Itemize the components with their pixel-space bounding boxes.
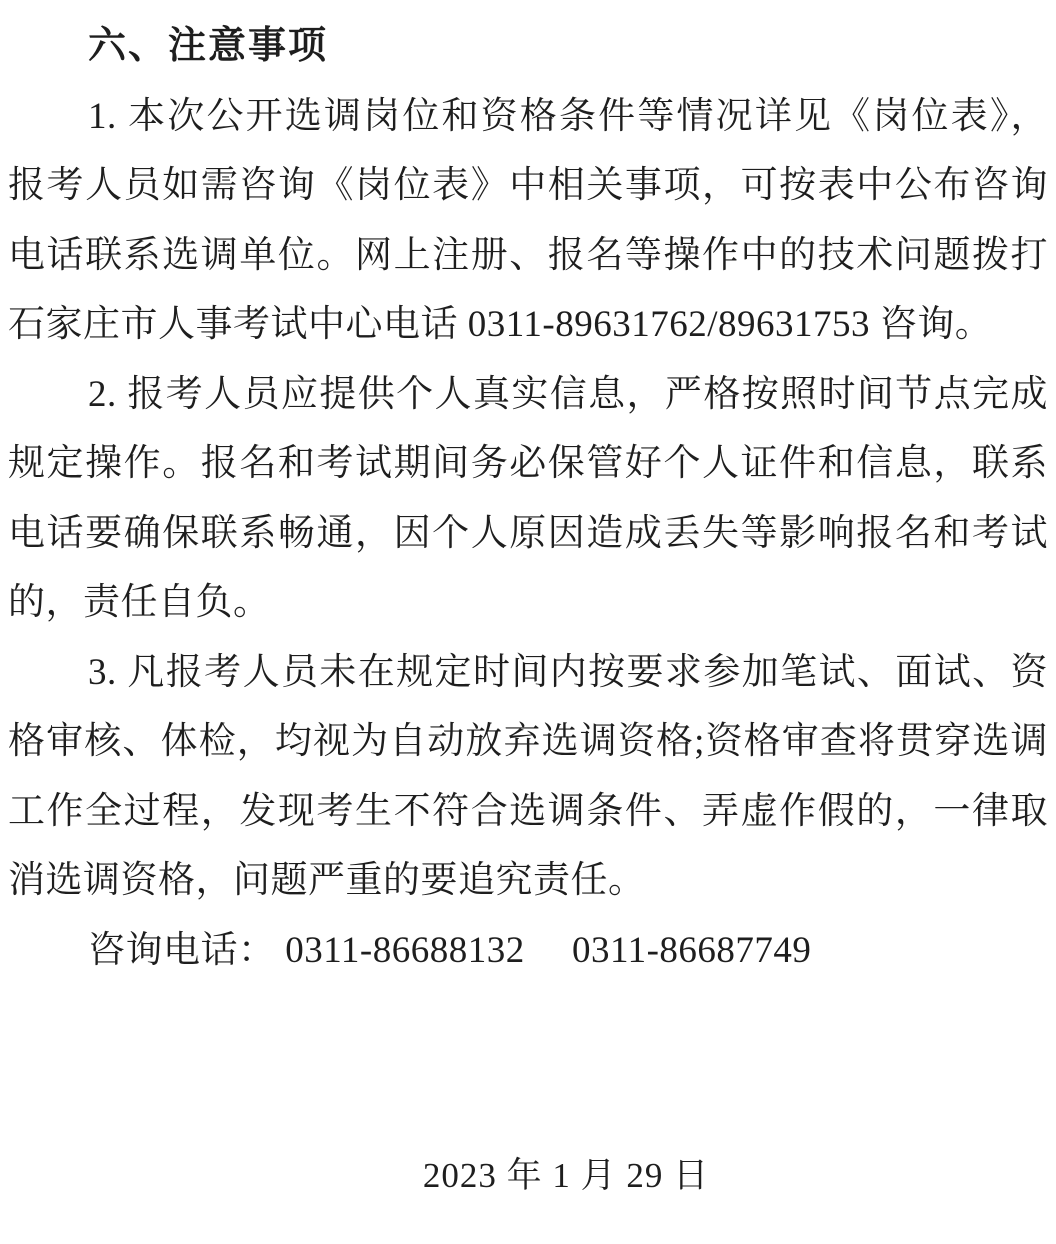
text-line: 消选调资格，问题严重的要追究责任。 bbox=[8, 846, 1048, 916]
text-line: 电话联系选调单位。网上注册、报名等操作中的技术问题拨打 bbox=[8, 221, 1048, 291]
paragraph-2: 2. 报考人员应提供个人真实信息，严格按照时间节点完成 规定操作。报名和考试期间… bbox=[8, 360, 1048, 638]
text-line: 工作全过程，发现考生不符合选调条件、弄虚作假的，一律取 bbox=[8, 777, 1048, 847]
document-page: 六、注意事项 1. 本次公开选调岗位和资格条件等情况详见《岗位表》， 报考人员如… bbox=[0, 0, 1056, 1200]
text-line: 格审核、体检，均视为自动放弃选调资格;资格审查将贯穿选调 bbox=[8, 707, 1048, 777]
paragraph-1: 1. 本次公开选调岗位和资格条件等情况详见《岗位表》， 报考人员如需咨询《岗位表… bbox=[8, 82, 1048, 360]
text-line: 电话要确保联系畅通，因个人原因造成丢失等影响报名和考试 bbox=[8, 499, 1048, 569]
text-line: 报考人员如需咨询《岗位表》中相关事项，可按表中公布咨询 bbox=[8, 151, 1048, 221]
paragraph-3: 3. 凡报考人员未在规定时间内按要求参加笔试、面试、资 格审核、体检，均视为自动… bbox=[8, 638, 1048, 916]
text-line: 2. 报考人员应提供个人真实信息，严格按照时间节点完成 bbox=[8, 360, 1048, 430]
contact-phone-line: 咨询电话： 0311-86688132 0311-86687749 bbox=[8, 916, 1048, 986]
text-line: 规定操作。报名和考试期间务必保管好个人证件和信息，联系 bbox=[8, 429, 1048, 499]
text-line: 石家庄市人事考试中心电话 0311-89631762/89631753 咨询。 bbox=[8, 290, 1048, 360]
text-line: 3. 凡报考人员未在规定时间内按要求参加笔试、面试、资 bbox=[8, 638, 1048, 708]
text-line: 1. 本次公开选调岗位和资格条件等情况详见《岗位表》， bbox=[8, 82, 1048, 152]
date-line: 2023 年 1 月 29 日 bbox=[46, 1152, 1056, 1200]
text-line: 的，责任自负。 bbox=[8, 568, 1048, 638]
section-heading: 六、注意事项 bbox=[8, 12, 1048, 82]
